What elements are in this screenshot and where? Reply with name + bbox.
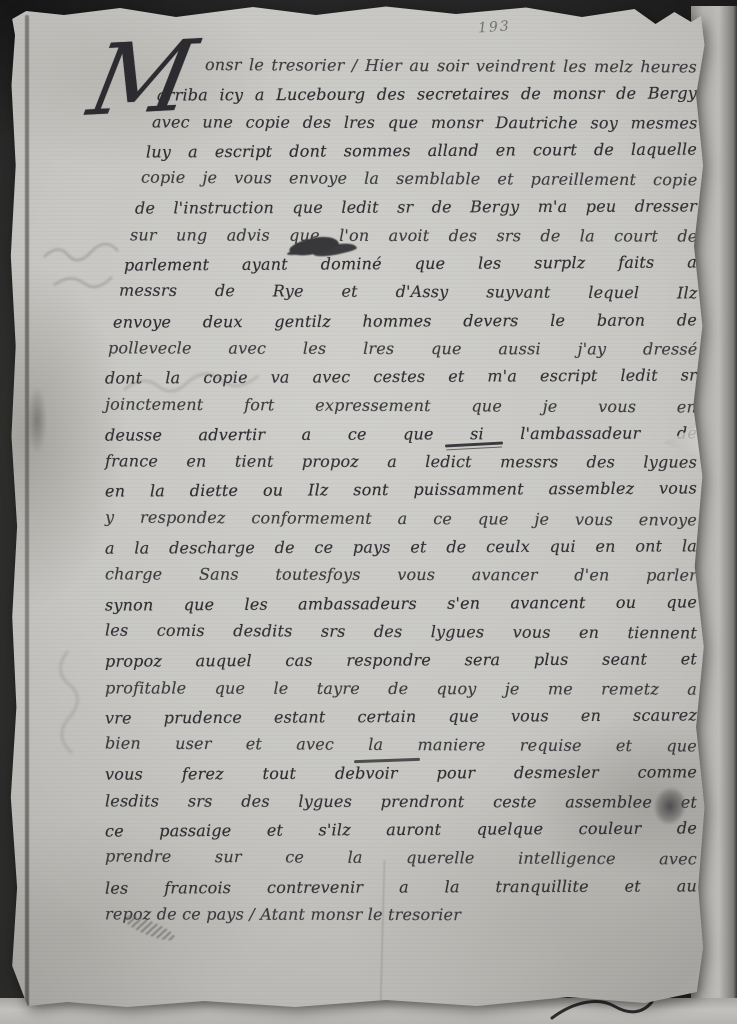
- manuscript-line: dont la copie va avec cestes et m'a escr…: [105, 362, 697, 393]
- manuscript-line: profitable que le tayre de quoy je me re…: [105, 674, 697, 704]
- manuscript-line: y respondez conformement a ce que je vou…: [105, 503, 697, 534]
- manuscript-line: bien user et avec la maniere requise et …: [105, 730, 697, 761]
- manuscript-line: lesdits srs des lygues prendront ceste a…: [105, 787, 697, 817]
- manuscript-line: messrs de Rye et d'Assy suyvant lequel I…: [118, 277, 697, 308]
- paper-crease-bottom: [18, 1008, 714, 1010]
- manuscript-line: france en tient propoz a ledict messrs d…: [105, 448, 697, 478]
- manuscript-line: arriba icy a Lucebourg des secretaires d…: [157, 80, 697, 110]
- manuscript-line: repoz de ce pays / Atant monsr le tresor…: [105, 900, 697, 930]
- manuscript-line: les francois contrevenir a la tranquilli…: [105, 872, 697, 903]
- manuscript-line: charge Sans toutesfoys vous avancer d'en…: [105, 561, 697, 591]
- text-block: onsr le tresorier / Hier au soir veindre…: [105, 52, 697, 929]
- manuscript-line: luy a escript dont sommes alland en cour…: [146, 135, 697, 166]
- manuscript-line: propoz auquel cas respondre sera plus se…: [105, 646, 697, 677]
- manuscript-line: en la diette ou Ilz sont puissamment ass…: [105, 475, 697, 506]
- binding-gutter-line: [25, 15, 29, 1007]
- manuscript-line: envoye deux gentilz hommes devers le bar…: [113, 306, 697, 337]
- manuscript-line: avec une copie des lres que monsr Dautri…: [151, 108, 697, 137]
- bleedthrough-mark: [38, 645, 98, 765]
- manuscript-line: copie je vous envoye la semblable et par…: [140, 164, 697, 195]
- manuscript-scan: 193 M onsr le tresorier / Hier au soir v…: [0, 0, 737, 1024]
- manuscript-line: ce passaige et s'ilz auront quelque coul…: [105, 814, 697, 845]
- manuscript-line: les comis desdits srs des lygues vous en…: [105, 616, 697, 647]
- manuscript-line: sur ung advis que l'on avoit des srs de …: [129, 221, 697, 250]
- gutter-smudge: [24, 375, 50, 465]
- folio-number: 193: [477, 17, 522, 36]
- manuscript-line: onsr le tresorier / Hier au soir veindre…: [105, 51, 697, 82]
- manuscript-line: pollevecle avec les lres que aussi j'ay …: [107, 334, 697, 364]
- manuscript-line: synon que les ambassadeurs s'en avancent…: [105, 588, 697, 619]
- manuscript-line: joinctement fort expressement que je vou…: [105, 390, 697, 421]
- manuscript-line: de l'instruction que ledit sr de Bergy m…: [135, 193, 697, 223]
- manuscript-page: 193 M onsr le tresorier / Hier au soir v…: [8, 5, 708, 1008]
- manuscript-line: a la descharge de ce pays et de ceulx qu…: [105, 532, 697, 563]
- manuscript-line: parlement ayant dominé que les surplz fa…: [124, 249, 697, 280]
- manuscript-line: prendre sur ce la querelle intelligence …: [105, 843, 697, 874]
- manuscript-line: vre prudence estant certain que vous en …: [105, 701, 697, 732]
- manuscript-line: deusse advertir a ce que si l'ambassadeu…: [105, 419, 697, 450]
- manuscript-line: vous ferez tout debvoir pour desmesler c…: [105, 759, 697, 790]
- page-wrapper: 193 M onsr le tresorier / Hier au soir v…: [0, 0, 737, 1024]
